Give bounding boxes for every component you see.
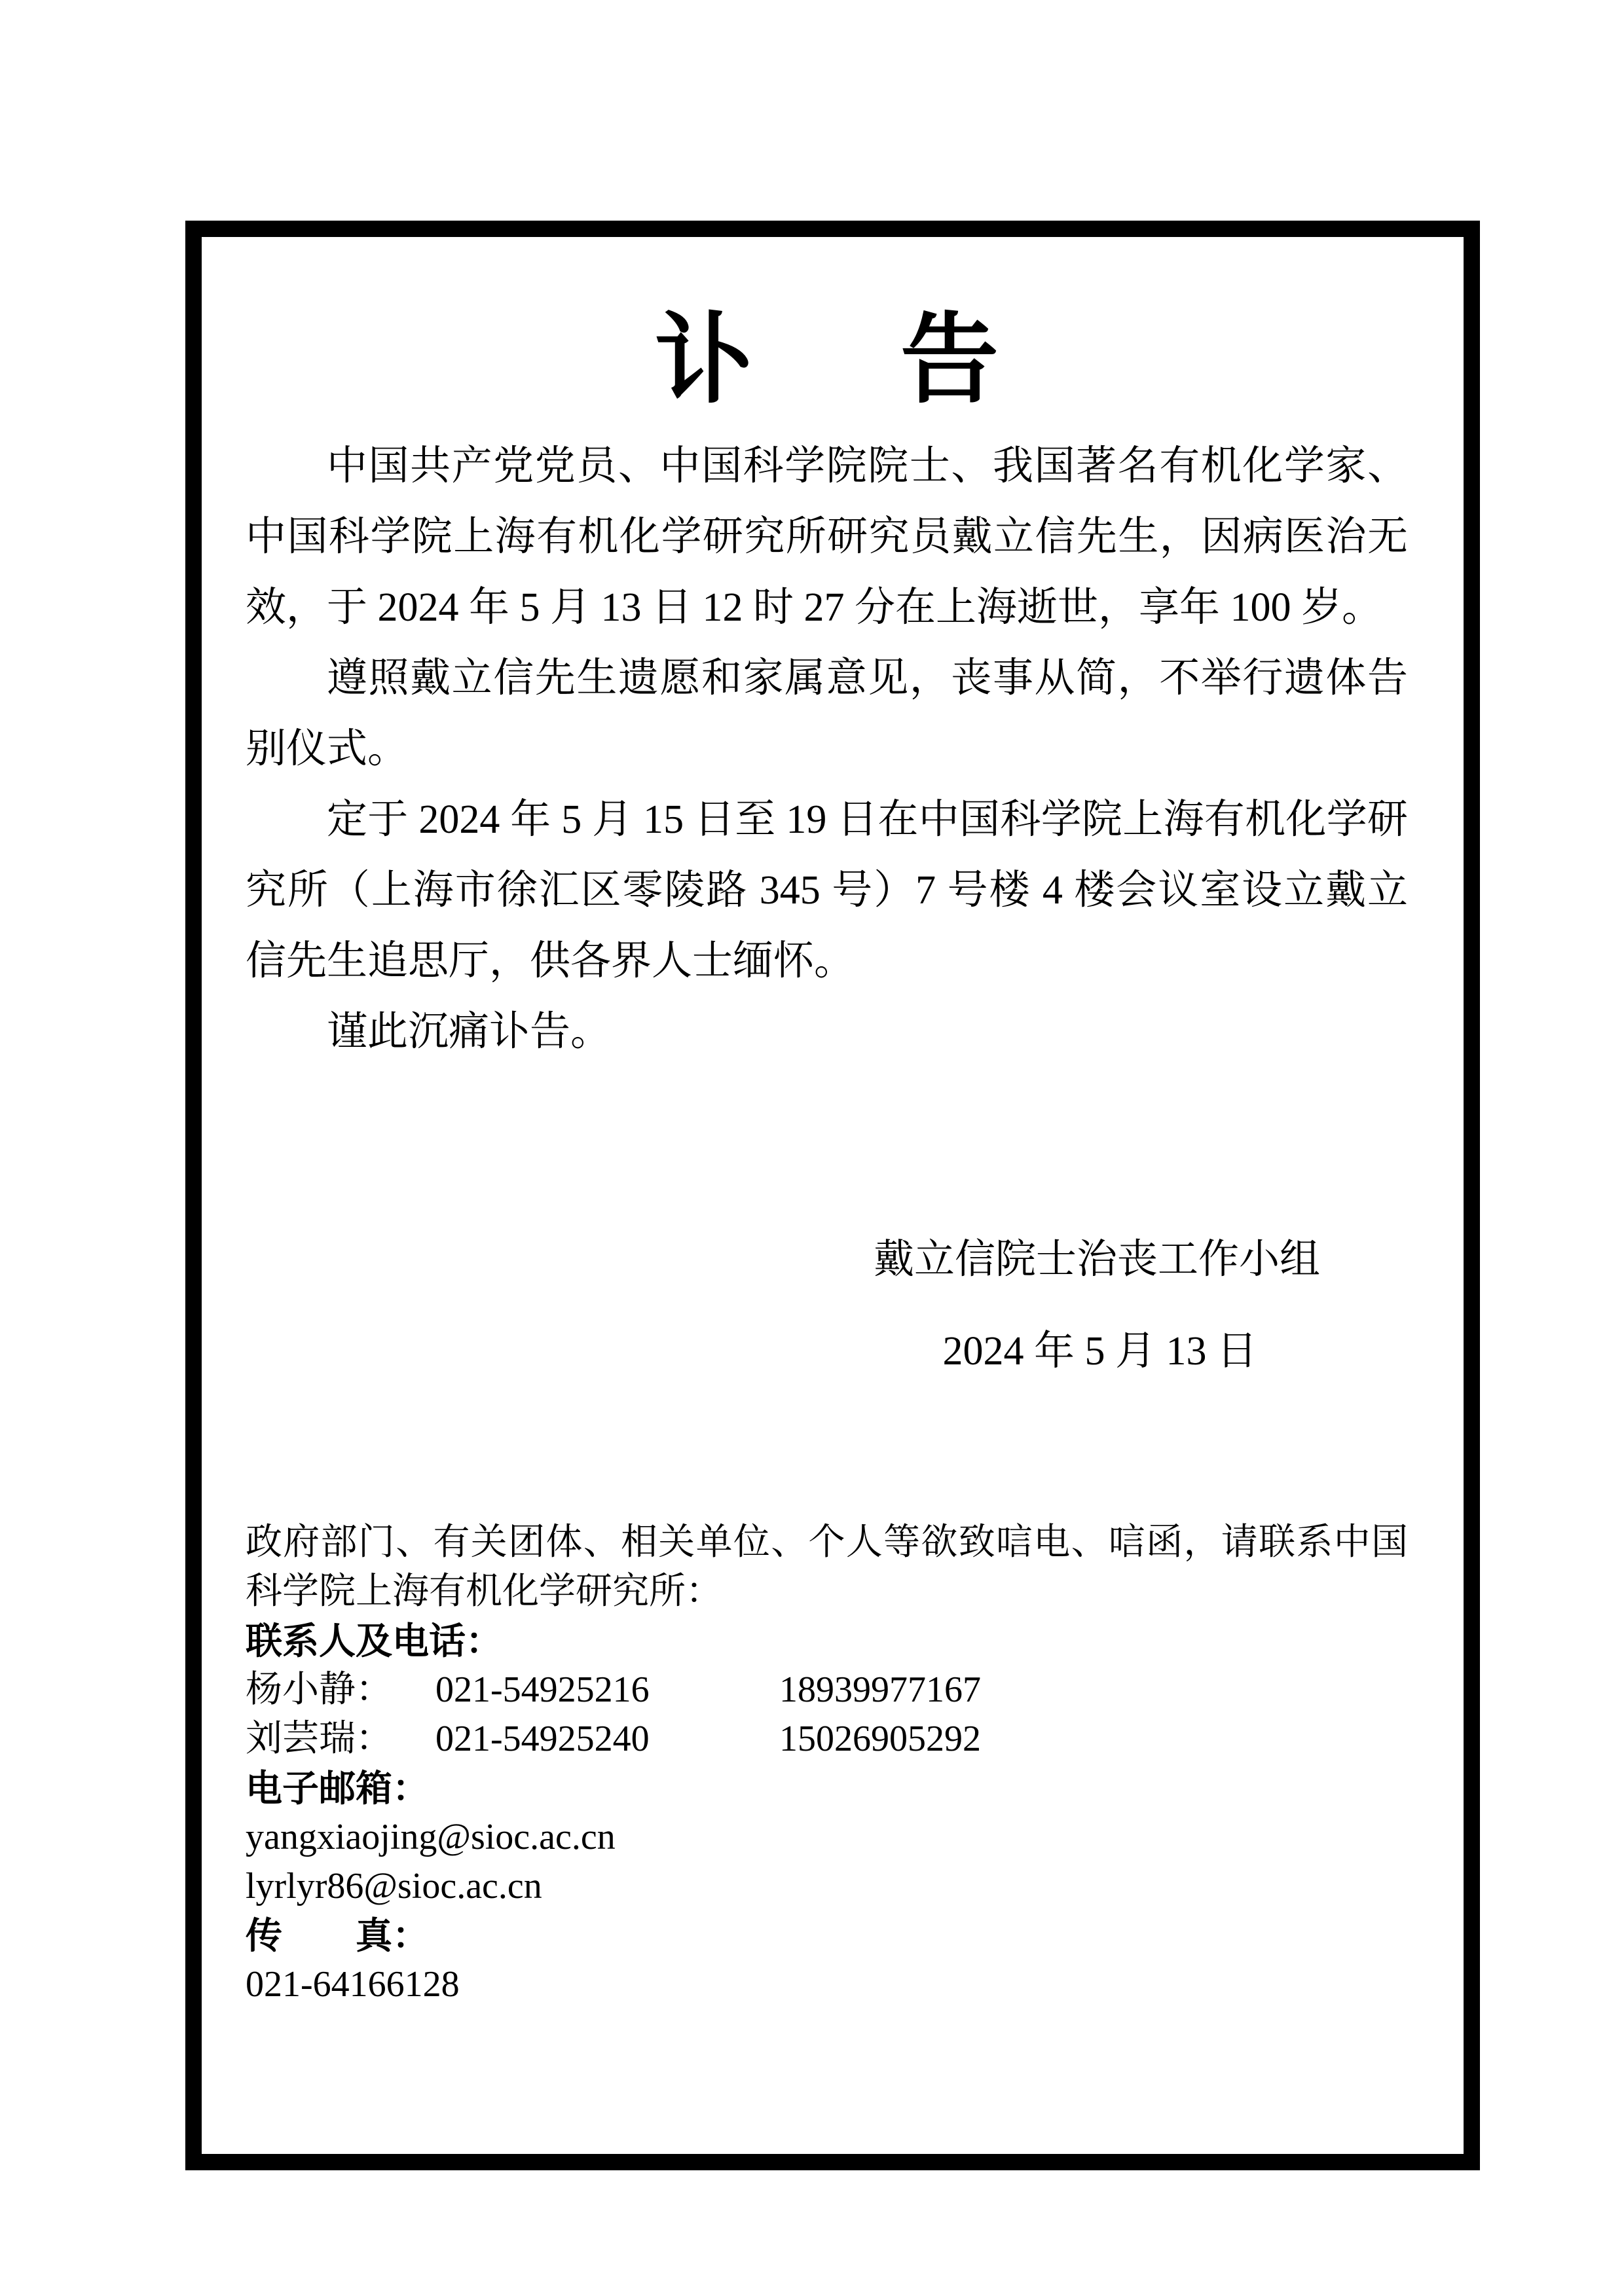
contact-person-mobile: 18939977167 [779, 1666, 1408, 1715]
contact-block: 政府部门、有关团体、相关单位、个人等欲致唁电、唁函，请联系中国科学院上海有机化学… [246, 1518, 1408, 2009]
contact-fax-number: 021-64166128 [246, 1960, 1408, 2009]
contact-person-row: 刘芸瑞： 021-54925240 15026905292 [246, 1715, 1408, 1764]
signature-committee: 戴立信院士治丧工作小组 [246, 1224, 1408, 1295]
contact-person-name: 杨小静： [246, 1666, 435, 1715]
obituary-page: 讣告 中国共产党党员、中国科学院院士、我国著名有机化学家、中国科学院上海有机化学… [0, 0, 1624, 2296]
notice-paragraph-1: 中国共产党党员、中国科学院院士、我国著名有机化学家、中国科学院上海有机化学研究所… [246, 431, 1408, 643]
contact-phone-label: 联系人及电话： [246, 1616, 1408, 1666]
contact-email-1: yangxiaojing@sioc.ac.cn [246, 1813, 1408, 1862]
signature-block: 戴立信院士治丧工作小组 2024 年 5 月 13 日 [246, 1224, 1408, 1387]
notice-body: 中国共产党党员、中国科学院院士、我国著名有机化学家、中国科学院上海有机化学研究所… [246, 431, 1408, 1067]
contact-person-row: 杨小静： 021-54925216 18939977167 [246, 1666, 1408, 1715]
contact-intro: 政府部门、有关团体、相关单位、个人等欲致唁电、唁函，请联系中国科学院上海有机化学… [246, 1518, 1408, 1616]
notice-title: 讣告 [246, 310, 1408, 409]
contact-fax-label: 传 真： [246, 1911, 1408, 1960]
contact-person-name: 刘芸瑞： [246, 1715, 435, 1764]
signature-date: 2024 年 5 月 13 日 [246, 1316, 1408, 1387]
notice-paragraph-4: 谨此沉痛讣告。 [246, 996, 1408, 1067]
contact-person-mobile: 15026905292 [779, 1715, 1408, 1764]
contact-email-2: lyrlyr86@sioc.ac.cn [246, 1862, 1408, 1911]
contact-person-phone: 021-54925240 [435, 1715, 779, 1764]
notice-paragraph-2: 遵照戴立信先生遗愿和家属意见，丧事从简，不举行遗体告别仪式。 [246, 643, 1408, 784]
notice-paragraph-3: 定于 2024 年 5 月 15 日至 19 日在中国科学院上海有机化学研究所（… [246, 784, 1408, 996]
contact-person-phone: 021-54925216 [435, 1666, 779, 1715]
contact-email-label: 电子邮箱： [246, 1764, 1408, 1813]
notice-frame: 讣告 中国共产党党员、中国科学院院士、我国著名有机化学家、中国科学院上海有机化学… [185, 221, 1480, 2170]
